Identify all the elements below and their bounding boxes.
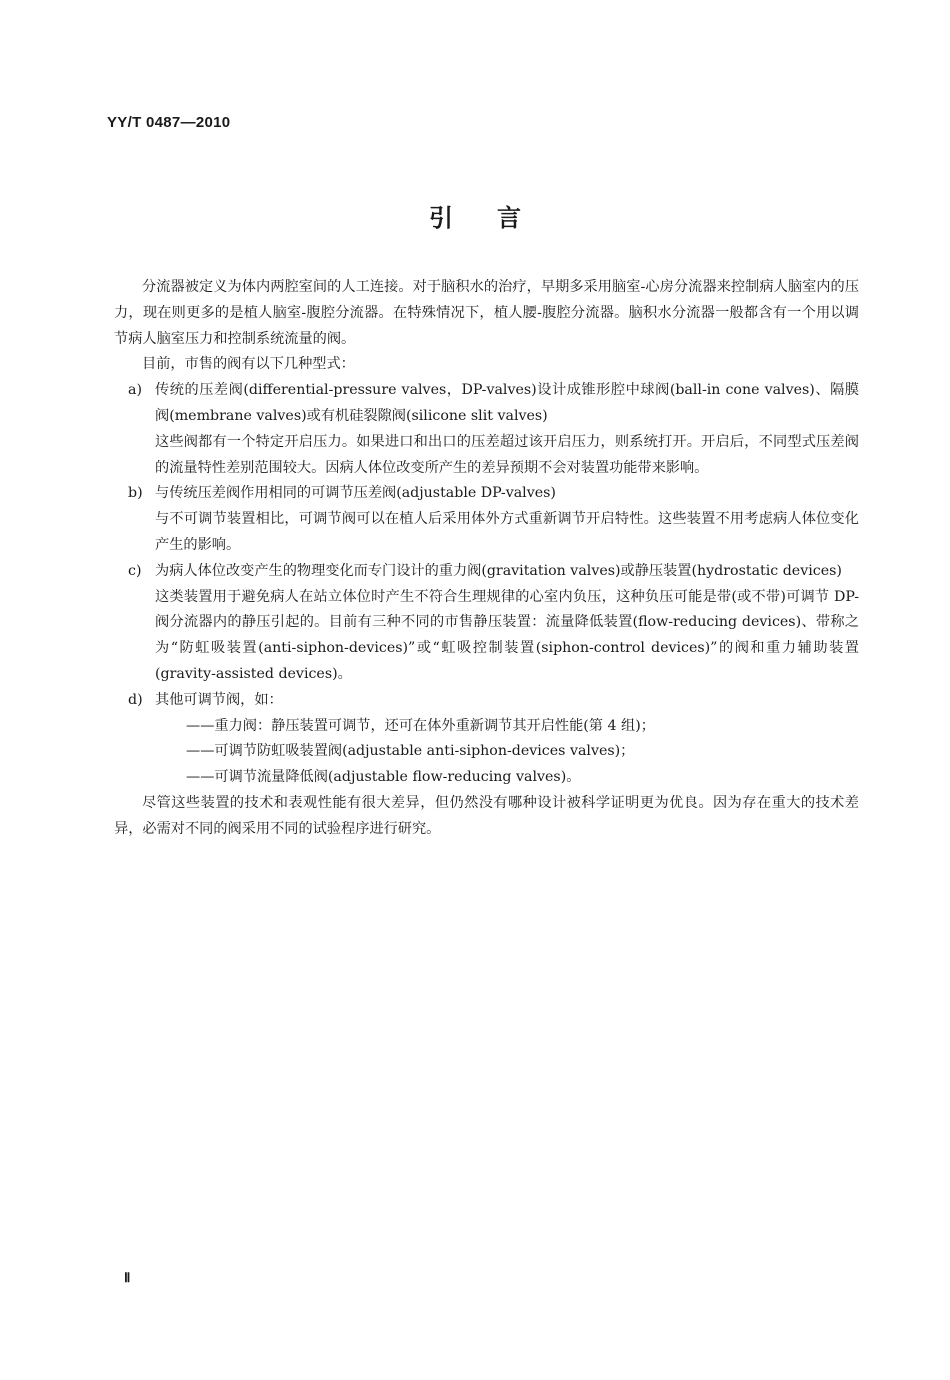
- list-heading: 其他可调节阀，如：: [155, 688, 859, 714]
- list-detail: 这些阀都有一个特定开启压力。如果进口和出口的压差超过该开启压力，则系统打开。开启…: [155, 430, 859, 482]
- dash-item: ——可调节防虹吸装置阀(adjustable anti-siphon-devic…: [114, 739, 859, 765]
- list-heading: 为病人体位改变产生的物理变化而专门设计的重力阀(gravitation valv…: [155, 559, 859, 585]
- list-item-c: c) 为病人体位改变产生的物理变化而专门设计的重力阀(gravitation v…: [114, 559, 859, 688]
- intro-paragraph: 分流器被定义为体内两腔室间的人工连接。对于脑积水的治疗，早期多采用脑室-心房分流…: [114, 275, 859, 352]
- page-number: Ⅱ: [124, 1270, 130, 1286]
- list-detail: 与不可调节装置相比，可调节阀可以在植人后采用体外方式重新调节开启特性。这些装置不…: [155, 507, 859, 559]
- document-body: 分流器被定义为体内两腔室间的人工连接。对于脑积水的治疗，早期多采用脑室-心房分流…: [114, 275, 859, 843]
- list-item-a: a) 传统的压差阀(differential-pressure valves，D…: [114, 378, 859, 481]
- list-item-d: d) 其他可调节阀，如：: [114, 688, 859, 714]
- list-label: a): [128, 378, 142, 404]
- list-heading: 与传统压差阀作用相同的可调节压差阀(adjustable DP-valves): [155, 481, 859, 507]
- list-label: d): [128, 688, 143, 714]
- types-intro-paragraph: 目前，市售的阀有以下几种型式：: [114, 352, 859, 378]
- list-item-b: b) 与传统压差阀作用相同的可调节压差阀(adjustable DP-valve…: [114, 481, 859, 558]
- dash-item: ——可调节流量降低阀(adjustable flow-reducing valv…: [114, 765, 859, 791]
- conclusion-paragraph: 尽管这些装置的技术和表观性能有很大差异，但仍然没有哪种设计被科学证明更为优良。因…: [114, 791, 859, 843]
- list-label: b): [128, 481, 143, 507]
- list-label: c): [128, 559, 141, 585]
- list-heading: 传统的压差阀(differential-pressure valves，DP-v…: [155, 378, 859, 430]
- standard-code: YY/T 0487—2010: [107, 114, 230, 131]
- dash-item: ——重力阀：静压装置可调节，还可在体外重新调节其开启性能(第 4 组)；: [114, 714, 859, 740]
- list-detail: 这类装置用于避免病人在站立体位时产生不符合生理规律的心室内负压，这种负压可能是带…: [155, 585, 859, 688]
- page-title: 引言: [0, 198, 950, 233]
